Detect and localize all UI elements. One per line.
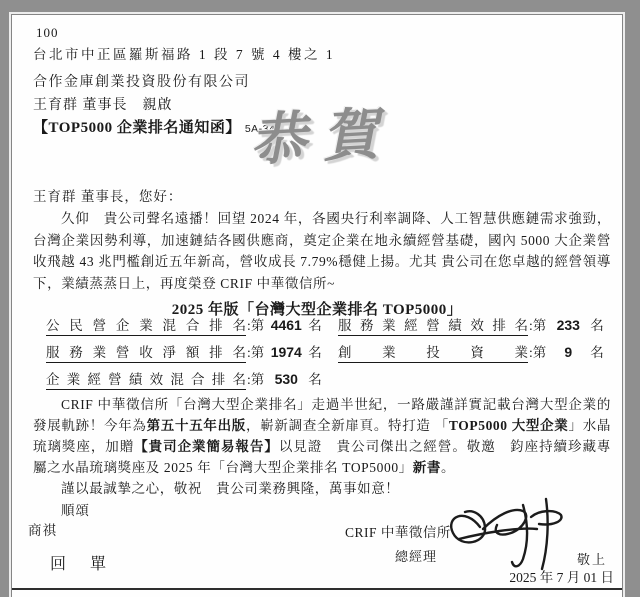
paragraph-segment-bold: 新書 — [413, 460, 441, 475]
ranking-suffix: 名 — [308, 318, 322, 333]
ranking-value: 530 — [264, 371, 308, 387]
congratulations-calligraphy: 恭賀 — [248, 89, 396, 176]
signature-organization: CRIF 中華徵信所 — [345, 521, 451, 541]
ranking-label: 公民營企業混合排名 — [46, 314, 246, 336]
ranking-label: 服務業經營績效排名 — [338, 314, 528, 336]
ranking-row: 公民營企業混合排名:第4461名 服務業經營績效排名:第233名 — [46, 320, 624, 336]
ranking-label: 創業投資業 — [338, 341, 528, 363]
signature-date: 2025 年 7 月 01 日 — [482, 566, 614, 586]
paragraph-segment: ，嶄新調查全新扉頁。特打造 「 — [246, 418, 449, 433]
ranking-prefix: :第 — [529, 318, 546, 333]
ranking-value: 1974 — [264, 344, 308, 360]
ranking-label: 企業經營績效混合排名 — [46, 368, 246, 390]
signature-job-title: 總經理 — [395, 546, 437, 565]
ranking-value: 4461 — [264, 317, 308, 333]
ranking-prefix: :第 — [529, 345, 546, 360]
ranking-label: 服務業營收淨額排名 — [46, 341, 246, 363]
ranking-cell: 服務業經營績效排名:第233名 — [338, 314, 624, 336]
greeting-line: 王育群 董事長，您好： — [33, 185, 182, 205]
postal-code: 100 — [36, 25, 335, 41]
ranking-row: 企業經營績效混合排名:第530名 — [46, 374, 624, 390]
ranking-value: 9 — [546, 344, 590, 360]
reply-slip-label: 回 單 — [50, 551, 110, 574]
ranking-prefix: :第 — [247, 345, 264, 360]
ranking-cell: 企業經營績效混合排名:第530名 — [46, 368, 338, 390]
body-paragraph-1: 久仰 貴公司聲名遠播！回望 2024 年，各國央行利率調降、人工智慧供應鏈需求強… — [33, 208, 611, 294]
paragraph-segment-bold: 第五十五年出版 — [147, 418, 246, 433]
ranking-cell: 服務業營收淨額排名:第1974名 — [46, 341, 338, 363]
letter-page: 100 台北市中正區羅斯福路 1 段 7 號 4 樓之 1 合作金庫創業投資股份… — [11, 14, 623, 597]
ranking-suffix: 名 — [590, 318, 604, 333]
scanned-letter-background: { "letter": { "header": { "postal_code":… — [0, 0, 640, 597]
notice-title: 【TOP5000 企業排名通知函】 — [33, 120, 241, 136]
paragraph-segment-bold: 【貴司企業簡易報告】 — [134, 439, 279, 454]
recipient-address: 台北市中正區羅斯福路 1 段 7 號 4 樓之 1 — [33, 47, 335, 64]
paragraph-segment-bold: TOP5000 大型企業 — [449, 418, 569, 433]
salute-shang-qi: 商祺 — [28, 519, 57, 539]
salute-shun-song: 順頌 — [61, 499, 90, 519]
recipient-company: 合作金庫創業投資股份有限公司 — [33, 74, 335, 92]
body-paragraph-2: CRIF 中華徵信所「台灣大型企業排名」走過半世紀，一路嚴謹詳實記載台灣大型企業… — [33, 394, 611, 478]
ranking-prefix: :第 — [247, 372, 264, 387]
ranking-suffix: 名 — [308, 345, 322, 360]
ranking-prefix: :第 — [247, 318, 264, 333]
ranking-cell: 創業投資業:第9名 — [338, 341, 624, 363]
ranking-suffix: 名 — [590, 345, 604, 360]
closing-wish-line: 謹以最誠摯之心，敬祝 貴公司業務興隆，萬事如意！ — [33, 477, 611, 497]
bottom-divider-line — [12, 588, 622, 590]
ranking-cell: 公民營企業混合排名:第4461名 — [46, 314, 338, 336]
ranking-table: 公民營企業混合排名:第4461名 服務業經營績效排名:第233名 服務業營收淨額… — [46, 320, 624, 401]
ranking-value: 233 — [546, 317, 590, 333]
ranking-row: 服務業營收淨額排名:第1974名 創業投資業:第9名 — [46, 347, 624, 363]
paragraph-segment: 。 — [441, 460, 455, 475]
ranking-suffix: 名 — [308, 372, 322, 387]
